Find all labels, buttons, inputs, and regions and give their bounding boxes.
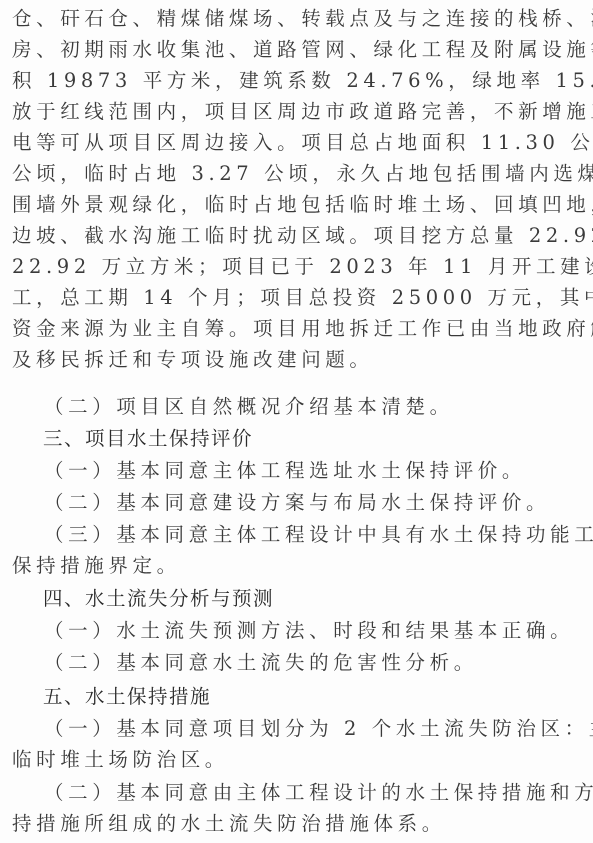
body-text-line: 22.92 万立方米；项目已于 2023 年 11 月开工建设，计划于 2024… [12,252,580,282]
list-item-continuation: 持措施所组成的水土流失防治措施体系。 [12,809,580,839]
list-item: （二）项目区自然概况介绍基本清楚。 [44,392,593,422]
body-text-line: 工，总工期 14 个月；项目总投资 25000 万元，其中土建投资 9250 万… [12,283,580,313]
body-text-line: 边坡、截水沟施工临时扰动区域。项目挖方总量 22.92 万立方米，填方总量 [12,221,580,251]
list-item: （三）基本同意主体工程设计中具有水土保持功能工程的评价和水土 [44,520,580,550]
list-item: （一）基本同意项目划分为 2 个水土流失防治区：主体工程防治区、 [44,714,580,744]
section-heading: 三、项目水土保持评价 [43,424,593,454]
section-heading: 五、水土保持措施 [43,682,593,712]
list-item: （一）基本同意主体工程选址水土保持评价。 [44,456,593,486]
body-text-line: 仓、矸石仓、精煤储煤场、转载点及与之连接的栈桥、浓缩车间和消防泵 [12,4,580,34]
body-text-line: 房、初期雨水收集池、道路管网、绿化工程及附属设施等；建筑物占地面 [12,35,580,65]
list-item: （一）水土流失预测方法、时段和结果基本正确。 [44,616,593,646]
document-page: 仓、矸石仓、精煤储煤场、转载点及与之连接的栈桥、浓缩车间和消防泵 房、初期雨水收… [0,0,593,843]
section-heading: 四、水土流失分析与预测 [43,584,593,614]
body-text-line: 资金来源为业主自筹。项目用地拆迁工作已由当地政府解决，本项目不涉 [12,314,580,344]
body-text-line: 积 19873 平方米，建筑系数 24.76%，绿地率 15.06%。项目建设施… [12,66,580,96]
body-text-line: 放于红线范围内，项目区周边市政道路完善，不新增施工便道；施工用水、 [12,97,580,127]
list-item-continuation: 临时堆土场防治区。 [12,745,580,775]
body-text-line: 公顷，临时占地 3.27 公顷，永久占地包括围墙内选煤厂、围墙外进场道路、 [12,159,580,189]
body-text-line: 电等可从项目区周边接入。项目总占地面积 11.30 公顷，其中永久占地 8.03 [12,128,580,158]
list-item: （二）基本同意由主体工程设计的水土保持措施和方案新增的水土保 [44,778,580,808]
list-item: （二）基本同意水土流失的危害性分析。 [44,648,593,678]
list-item: （二）基本同意建设方案与布局水土保持评价。 [44,488,593,518]
body-text-line: 及移民拆迁和专项设施改建问题。 [12,345,580,375]
list-item-continuation: 保持措施界定。 [12,551,580,581]
body-text-line: 围墙外景观绿化，临时占地包括临时堆土场、回填凹地，用地红线外开挖 [12,190,580,220]
